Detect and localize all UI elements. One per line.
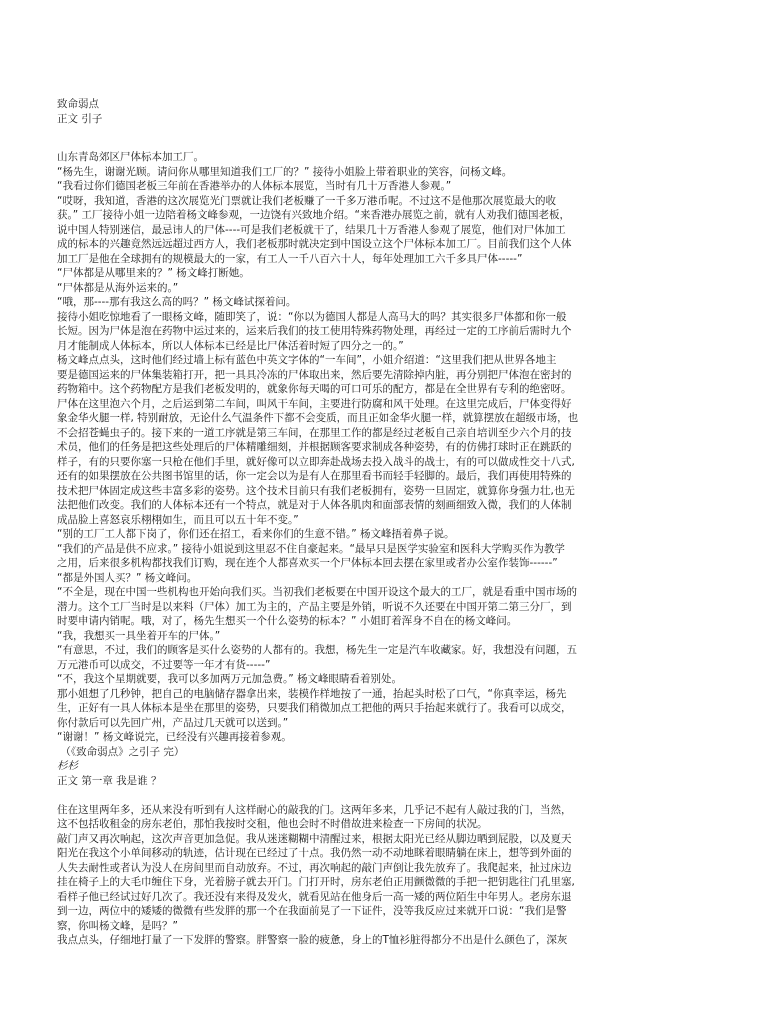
part-label: 正文 引子 — [57, 112, 747, 127]
document-page: 致命弱点 正文 引子 山东青岛郊区尸体标本加工厂。 “杨先生，谢谢光顾。请问你从… — [0, 0, 768, 1024]
prologue-text: 山东青岛郊区尸体标本加工厂。 “杨先生，谢谢光顾。请问你从哪里知道我们工厂的？”… — [57, 150, 747, 759]
chapter-text: 住在这里两年多，还从来没有听到有人这样耐心的敲我的门。这两年多来，几乎记不起有人… — [57, 803, 747, 948]
document-body: 致命弱点 正文 引子 山东青岛郊区尸体标本加工厂。 “杨先生，谢谢光顾。请问你从… — [57, 97, 747, 948]
chapter-heading: 正文 第一章 我是谁 ？ — [57, 774, 747, 789]
document-title: 致命弱点 — [57, 97, 747, 112]
author-mark: 杉杉 — [57, 759, 747, 774]
